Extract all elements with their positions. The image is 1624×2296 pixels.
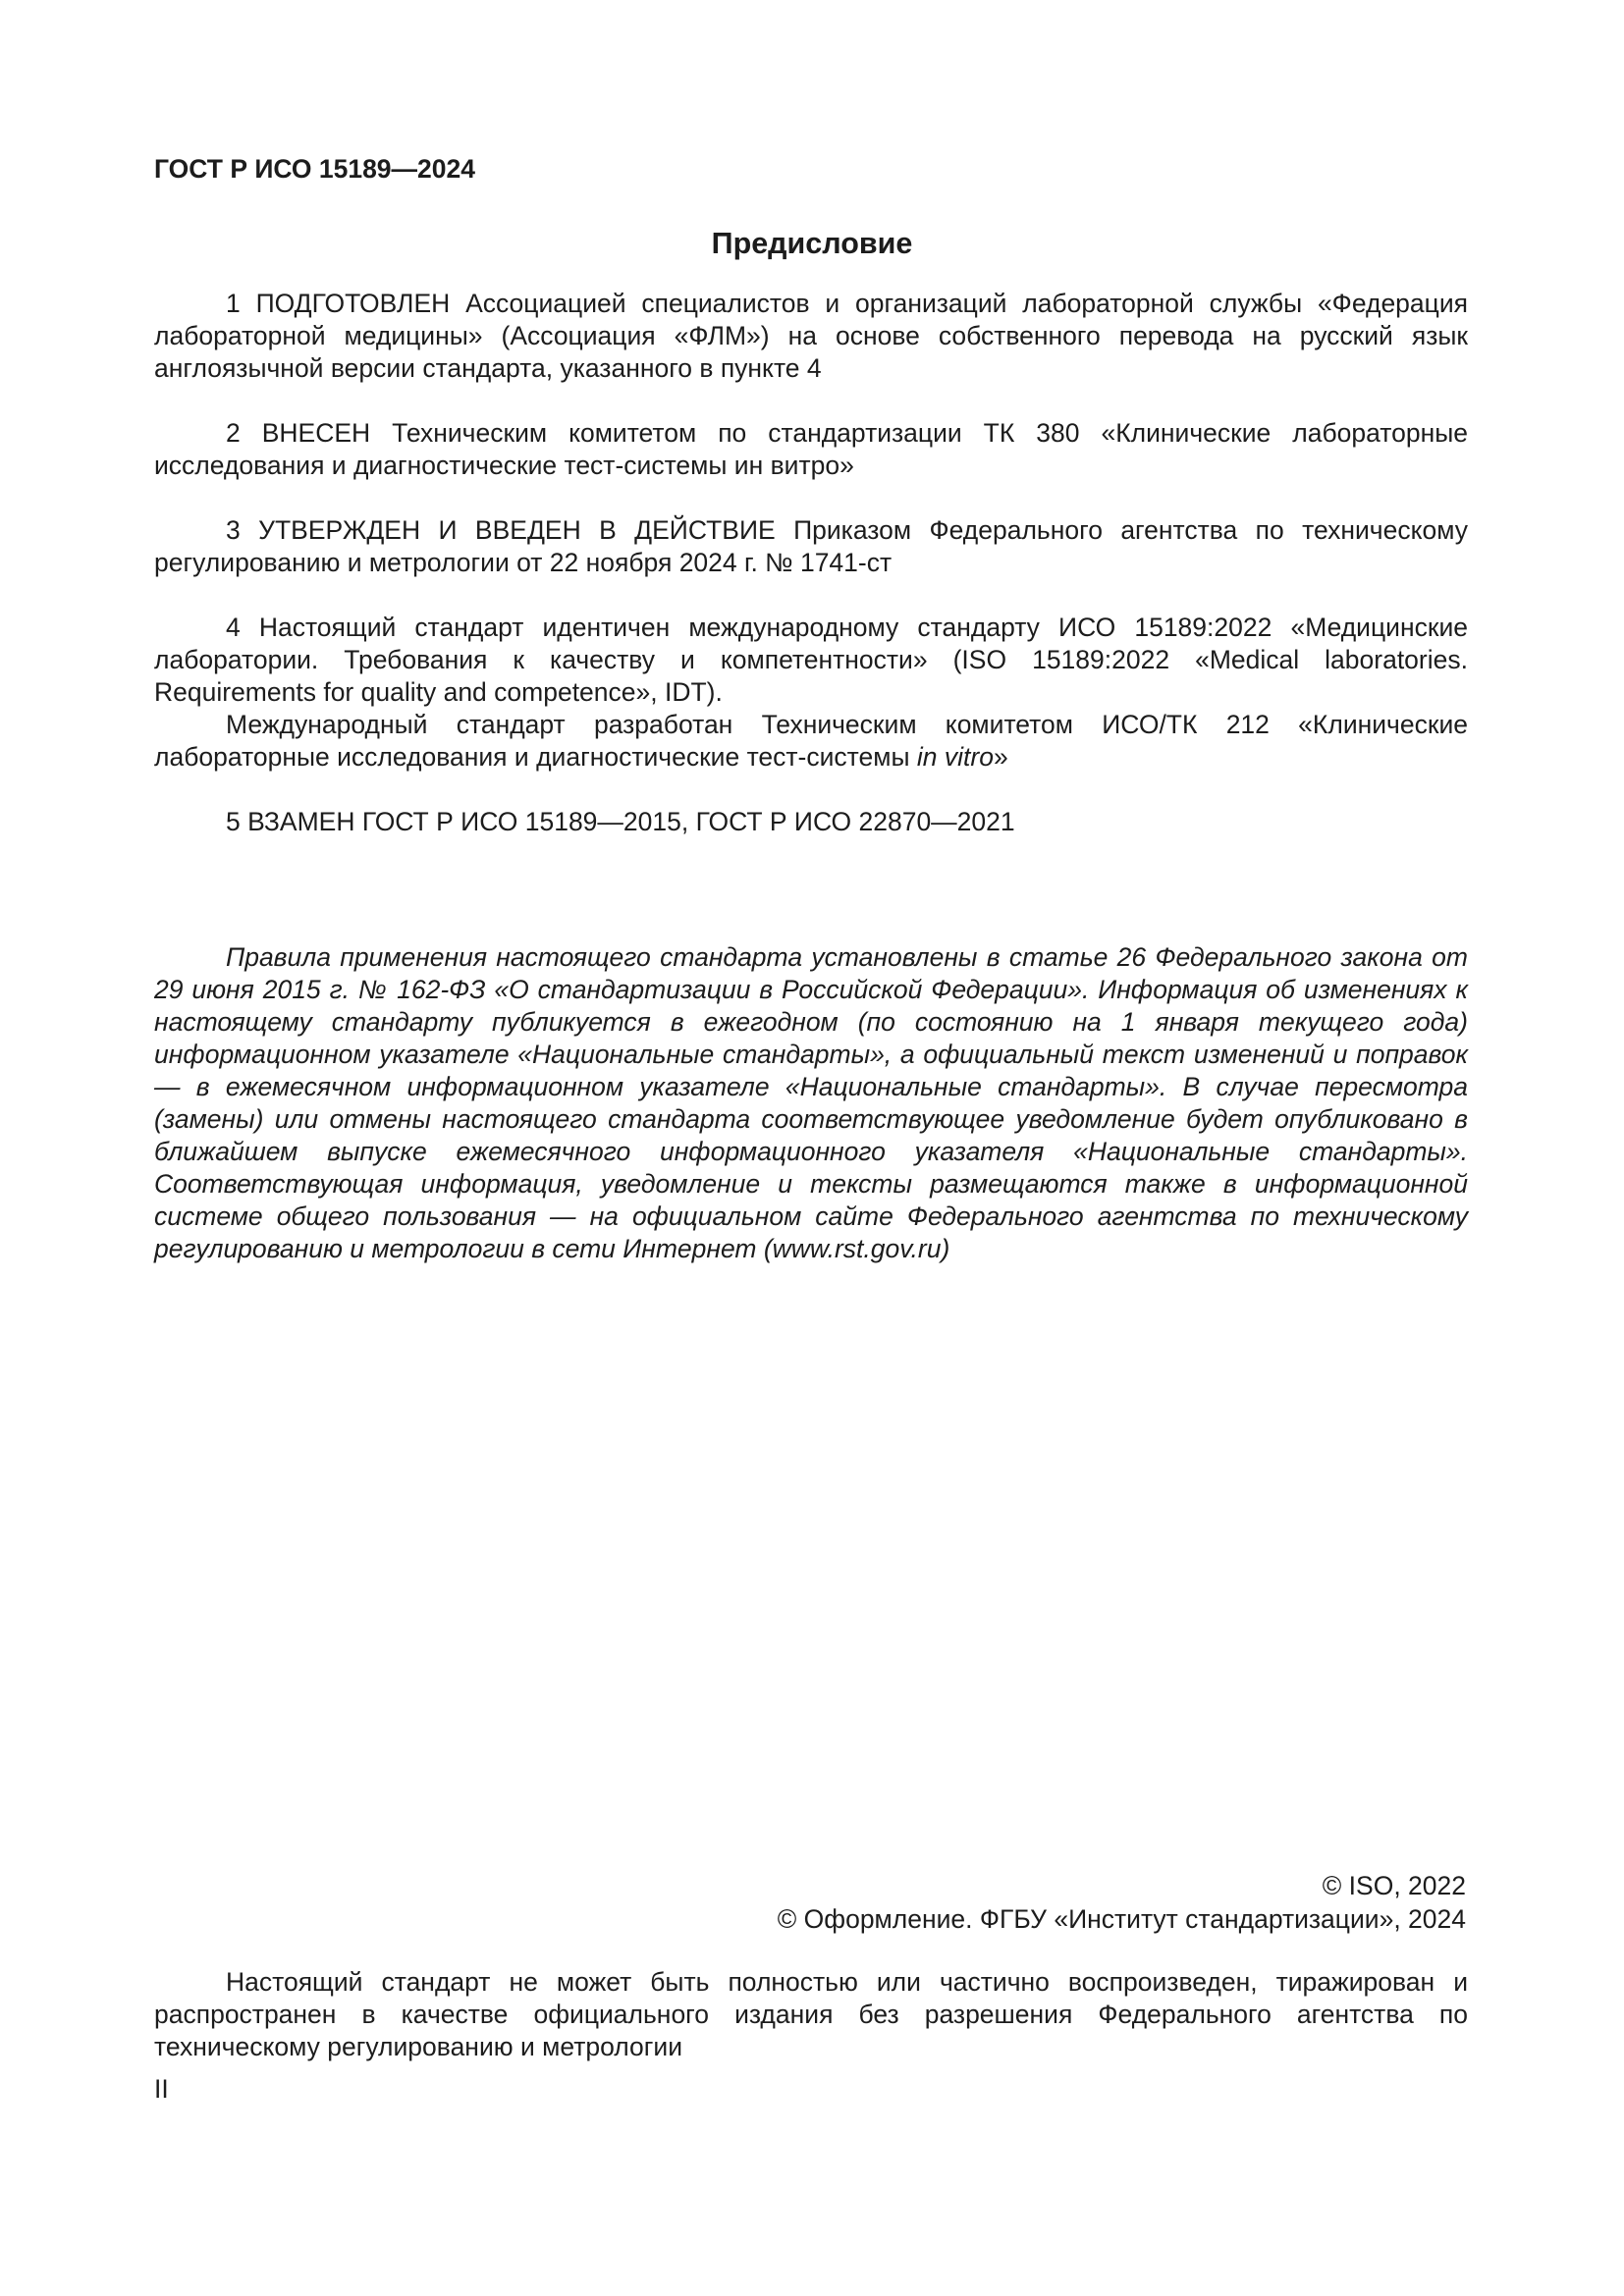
document-designation: ГОСТ Р ИСО 15189—2024	[154, 153, 475, 186]
foreword-item-4-continuation: Международный стандарт разработан Технич…	[154, 709, 1468, 774]
copyright-design: © Оформление. ФГБУ «Институт стандартиза…	[154, 1902, 1466, 1936]
copyright-iso: © ISO, 2022	[154, 1869, 1466, 1902]
reproduction-rights: Настоящий стандарт не может быть полност…	[154, 1966, 1468, 2063]
foreword-item-2: 2 ВНЕСЕН Техническим комитетом по станда…	[154, 417, 1468, 482]
application-rules-notice: Правила применения настоящего стандарта …	[154, 941, 1468, 1265]
notice-text: Правила применения настоящего стандарта …	[154, 941, 1468, 1265]
continuation-text: Международный стандарт разработан Технич…	[154, 710, 1468, 772]
foreword-item-5: 5 ВЗАМЕН ГОСТ Р ИСО 15189—2015, ГОСТ Р И…	[154, 806, 1468, 838]
foreword-items: 1 ПОДГОТОВЛЕН Ассоциацией специалистов и…	[154, 288, 1468, 838]
continuation-closing-quote: »	[994, 742, 1008, 772]
section-title: Предисловие	[0, 226, 1624, 261]
continuation-latin-term: in vitro	[917, 742, 994, 772]
foreword-item-3: 3 УТВЕРЖДЕН И ВВЕДЕН В ДЕЙСТВИЕ Приказом…	[154, 514, 1468, 579]
copyright-block: © ISO, 2022 © Оформление. ФГБУ «Институт…	[154, 1869, 1466, 1936]
page-number: II	[154, 2073, 169, 2106]
foreword-item-1: 1 ПОДГОТОВЛЕН Ассоциацией специалистов и…	[154, 288, 1468, 385]
rights-text: Настоящий стандарт не может быть полност…	[154, 1966, 1468, 2063]
document-page: ГОСТ Р ИСО 15189—2024 Предисловие 1 ПОДГ…	[0, 0, 1624, 2296]
foreword-item-4: 4 Настоящий стандарт идентичен междунаро…	[154, 612, 1468, 709]
